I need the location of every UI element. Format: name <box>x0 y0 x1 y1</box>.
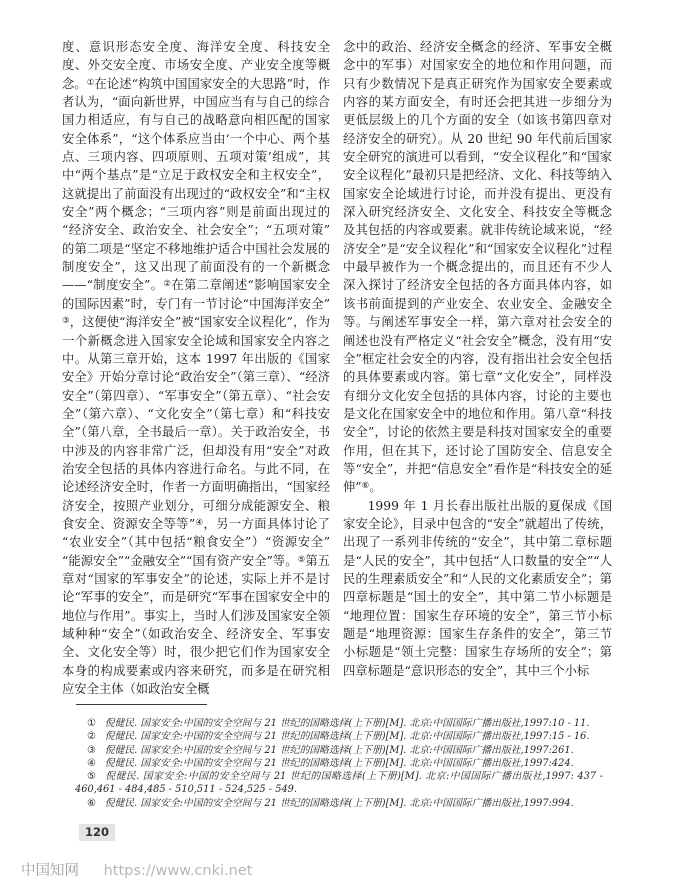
footnote-marker: ⑥ <box>87 798 105 809</box>
footnote-marker: ① <box>87 718 105 729</box>
footnote-item: ⑥倪健民. 国家安全:中国的安全空间与 21 世纪的国略选择(上下册)[M]. … <box>75 797 603 810</box>
footnote-item: ③倪健民. 国家安全:中国的安全空间与 21 世纪的国略选择(上下册)[M]. … <box>75 744 603 757</box>
document-page: 度、意识形态安全度、海洋安全度、科技安全度、外交安全度、市场安全度、产业安全度等… <box>0 0 674 879</box>
body-paragraph: 度、意识形态安全度、海洋安全度、科技安全度、外交安全度、市场安全度、产业安全度等… <box>62 38 330 698</box>
footnote-marker: ③ <box>87 745 105 756</box>
watermark-url: https://www.cnki.net <box>104 863 253 879</box>
watermark-site-name: 中国知网 <box>21 863 79 879</box>
footnote-marker: ④ <box>87 758 105 769</box>
footnote-text: 倪健民. 国家安全:中国的安全空间与 21 世纪的国略选择(上下册)[M]. 北… <box>105 798 574 809</box>
footnote-text: 倪健民. 国家安全:中国的安全空间与 21 世纪的国略选择(上下册)[M]. 北… <box>105 718 590 729</box>
page-number: 120 <box>79 824 115 841</box>
body-paragraph: 念中的政治、经济安全概念的经济、军事安全概念中的军事）对国家安全的地位和作用问题… <box>343 38 612 497</box>
footnote-item: ②倪健民. 国家安全:中国的安全空间与 21 世纪的国略选择(上下册)[M]. … <box>75 730 603 743</box>
footnotes: ①倪健民. 国家安全:中国的安全空间与 21 世纪的国略选择(上下册)[M]. … <box>75 717 603 810</box>
footnote-separator <box>76 704 207 705</box>
body-column-left: 度、意识形态安全度、海洋安全度、科技安全度、外交安全度、市场安全度、产业安全度等… <box>62 38 330 702</box>
footnote-text: 倪健民. 国家安全:中国的安全空间与 21 世纪的国略选择(上下册)[M]. 北… <box>75 771 603 795</box>
footnote-item: ①倪健民. 国家安全:中国的安全空间与 21 世纪的国略选择(上下册)[M]. … <box>75 717 603 730</box>
cnki-watermark: 中国知网 https://www.cnki.net <box>21 859 252 879</box>
footnote-marker: ⑤ <box>87 771 105 782</box>
footnote-text: 倪健民. 国家安全:中国的安全空间与 21 世纪的国略选择(上下册)[M]. 北… <box>105 731 590 742</box>
footnote-marker: ② <box>87 731 105 742</box>
footnote-item: ⑤倪健民. 国家安全:中国的安全空间与 21 世纪的国略选择(上下册)[M]. … <box>75 770 603 797</box>
body-paragraph: 1999 年 1 月长春出版社出版的夏保成《国家安全论》，目录中包含的“安全”就… <box>343 497 612 680</box>
body-column-right: 念中的政治、经济安全概念的经济、军事安全概念中的军事）对国家安全的地位和作用问题… <box>343 38 612 702</box>
footnote-item: ④倪健民. 国家安全:中国的安全空间与 21 世纪的国略选择(上下册)[M]. … <box>75 757 603 770</box>
footnote-text: 倪健民. 国家安全:中国的安全空间与 21 世纪的国略选择(上下册)[M]. 北… <box>105 758 574 769</box>
footnote-text: 倪健民. 国家安全:中国的安全空间与 21 世纪的国略选择(上下册)[M]. 北… <box>105 745 574 756</box>
